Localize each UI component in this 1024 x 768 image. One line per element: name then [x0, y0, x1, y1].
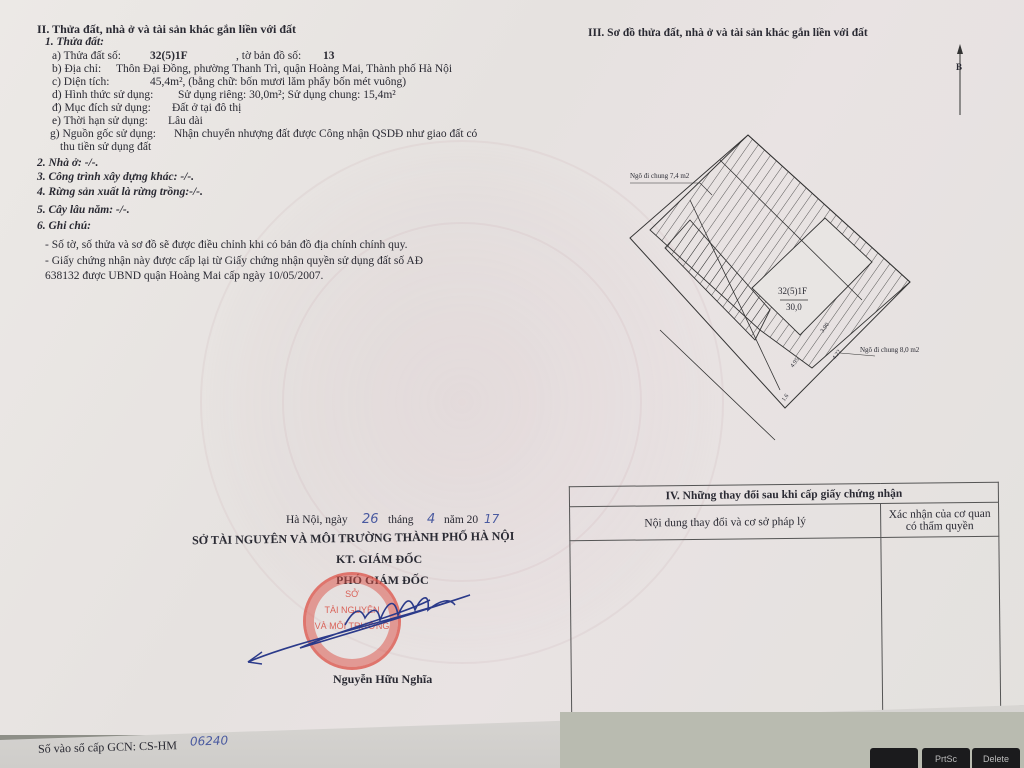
- prtsc-key: PrtSc: [922, 748, 970, 768]
- signer-name: Nguyễn Hữu Nghĩa: [333, 672, 432, 687]
- changes-table: IV. Những thay đổi sau khi cấp giấy chứn…: [569, 482, 1001, 716]
- delete-key: Delete: [972, 748, 1020, 768]
- changes-cell: [570, 537, 883, 715]
- confirmation-cell: [881, 536, 1001, 712]
- keyboard-key: [870, 748, 918, 768]
- column-header-line: có thẩm quyền: [881, 519, 998, 532]
- column-header-confirmation: Xác nhận của cơ quan có thẩm quyền: [881, 502, 999, 537]
- laptop-keyboard: PrtSc Delete: [560, 712, 1024, 768]
- registry-number: 06240: [190, 733, 229, 748]
- column-header-changes: Nội dung thay đổi và cơ sở pháp lý: [570, 503, 881, 540]
- column-header-line: Xác nhận của cơ quan: [881, 507, 998, 520]
